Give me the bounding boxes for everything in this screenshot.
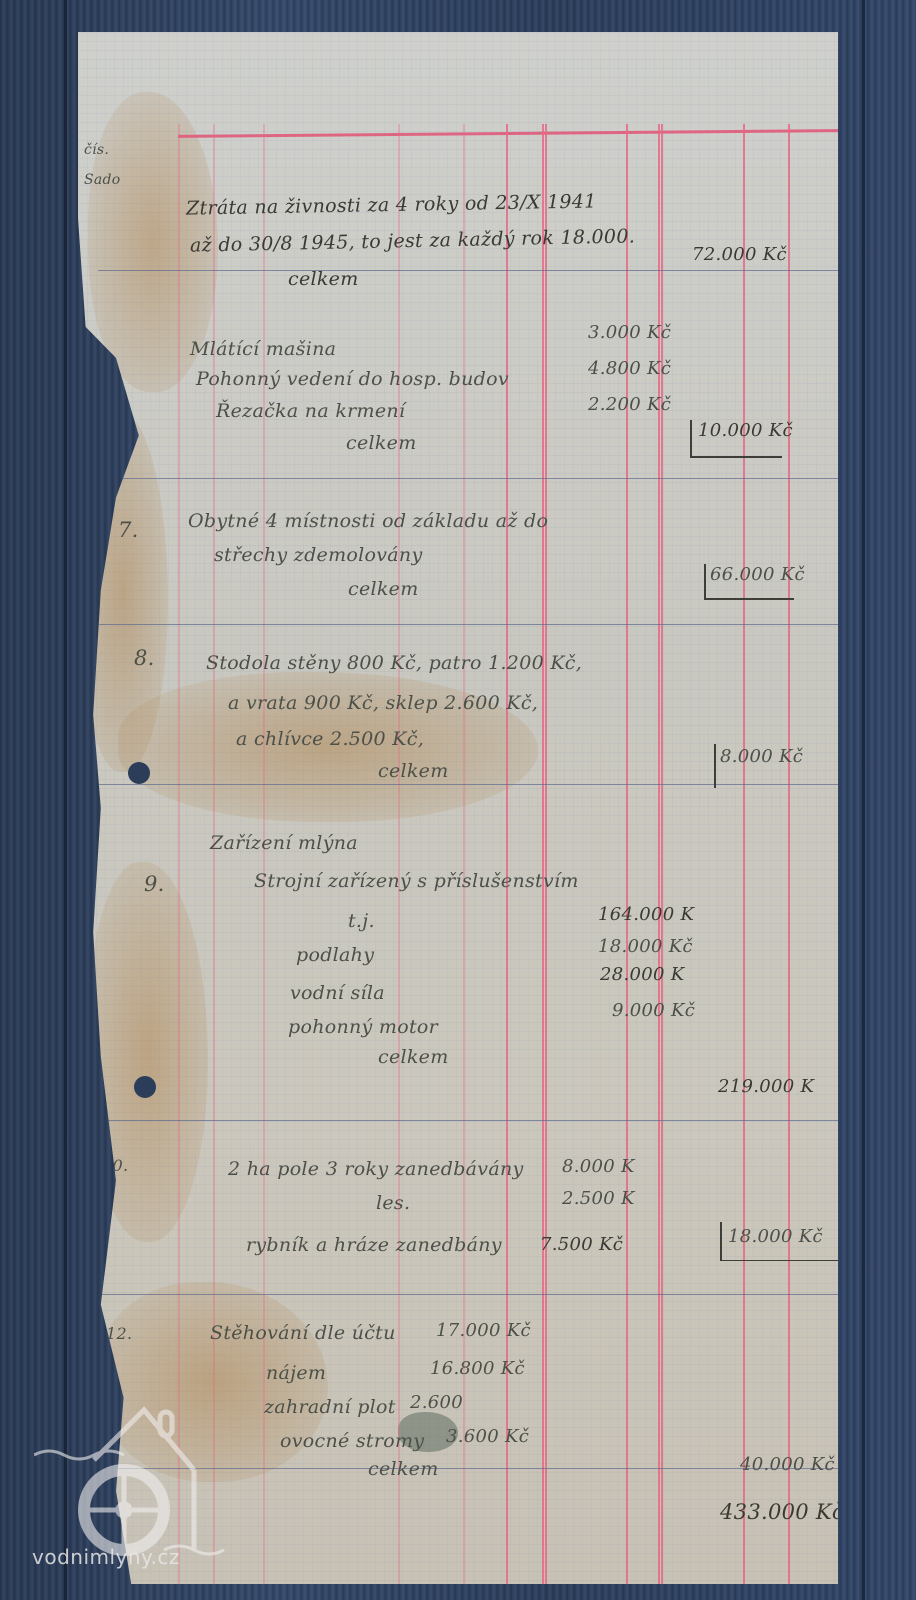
item-label: Řezačka na krmení [216, 400, 405, 422]
item-amount: 4.800 Kč [588, 358, 671, 379]
item-label: podlahy [296, 944, 374, 966]
item-label: ovocné stromy [280, 1430, 424, 1452]
item-amount: 7.500 Kč [540, 1234, 623, 1255]
ledger-sheet: čís. Sado Ztráta na živnosti za 4 roky o… [78, 32, 838, 1584]
section-separator [98, 478, 838, 479]
item-amount: 28.000 K [600, 964, 685, 985]
item-label: les. [376, 1192, 410, 1214]
item-amount: 2.200 Kč [588, 394, 671, 415]
item-amount: 3.600 Kč [446, 1426, 529, 1447]
item-label: Mlátící mašina [190, 338, 336, 360]
entry-line: Stodola stěny 800 Kč, patro 1.200 Kč, [206, 652, 582, 674]
item-label: Stěhování dle účtu [210, 1322, 396, 1344]
item-amount: 17.000 Kč [436, 1320, 531, 1341]
section-number: 7. [118, 518, 139, 542]
section-total: 66.000 Kč [710, 564, 805, 585]
wood-plank-seam [64, 0, 67, 1600]
punch-hole [134, 1076, 156, 1098]
column-line [743, 124, 745, 1584]
item-amount: 18.000 Kč [598, 936, 693, 957]
grand-total: 433.000 Kč [720, 1500, 838, 1524]
item-label: Pohonný vedení do hosp. budov [196, 368, 509, 390]
section-number: 10. [102, 1156, 128, 1175]
margin-fragment: čís. [84, 142, 109, 158]
subtotal-label: celkem [368, 1458, 439, 1480]
column-line [661, 124, 663, 1584]
section-number: 8. [134, 646, 155, 670]
item-label: rybník a hráze zanedbány [246, 1234, 502, 1256]
item-label: nájem [266, 1362, 326, 1384]
item-label: pohonný motor [288, 1016, 438, 1038]
item-label: t.j. [348, 910, 375, 932]
item-label: zahradní plot [264, 1396, 396, 1418]
section-total: 10.000 Kč [698, 420, 793, 441]
subtotal-label: celkem [288, 268, 359, 290]
column-line [542, 124, 544, 1584]
section-total: 18.000 Kč [728, 1226, 823, 1247]
entry-line: a vrata 900 Kč, sklep 2.600 Kč, [228, 692, 538, 714]
subtotal-label: celkem [378, 760, 449, 782]
item-label: 2 ha pole 3 roky zanedbávány [228, 1158, 524, 1180]
item-amount: 164.000 K [598, 904, 694, 925]
item-amount: 9.000 Kč [612, 1000, 695, 1021]
section-separator [98, 1294, 838, 1295]
margin-line [178, 124, 180, 1584]
section-total: 72.000 Kč [692, 244, 787, 265]
item-amount: 16.800 Kč [430, 1358, 525, 1379]
column-line [658, 124, 660, 1584]
column-line [788, 124, 790, 1584]
subtotal-label: celkem [346, 432, 417, 454]
item-amount: 8.000 K [562, 1156, 635, 1177]
section-total: 219.000 K [718, 1076, 814, 1097]
section-separator [98, 624, 838, 625]
margin-fragment: Sado [84, 172, 121, 188]
entry-line: Strojní zařízený s příslušenstvím [254, 870, 579, 892]
section-separator [98, 270, 838, 271]
section-heading: Zařízení mlýna [210, 832, 358, 854]
section-total: 8.000 Kč [720, 746, 803, 767]
section-separator [98, 1120, 838, 1121]
wood-plank-seam [862, 0, 865, 1600]
subtotal-label: celkem [348, 578, 419, 600]
column-line [626, 124, 628, 1584]
watermark-text: vodnimlyny.cz [32, 1545, 180, 1569]
punch-hole [128, 762, 150, 784]
entry-line: střechy zdemolovány [214, 544, 422, 566]
item-amount: 2.500 K [562, 1188, 635, 1209]
section-number: 12. [106, 1324, 132, 1343]
item-amount: 2.600 [410, 1392, 463, 1413]
column-line [545, 124, 547, 1584]
subtotal-label: celkem [378, 1046, 449, 1068]
section-total: 40.000 Kč [740, 1454, 835, 1475]
margin-line [398, 124, 400, 1584]
entry-line: a chlívce 2.500 Kč, [236, 728, 424, 750]
entry-line: Obytné 4 místnosti od základu až do [188, 510, 548, 532]
section-number: 9. [144, 872, 165, 896]
item-label: vodní síla [290, 982, 385, 1004]
item-amount: 3.000 Kč [588, 322, 671, 343]
